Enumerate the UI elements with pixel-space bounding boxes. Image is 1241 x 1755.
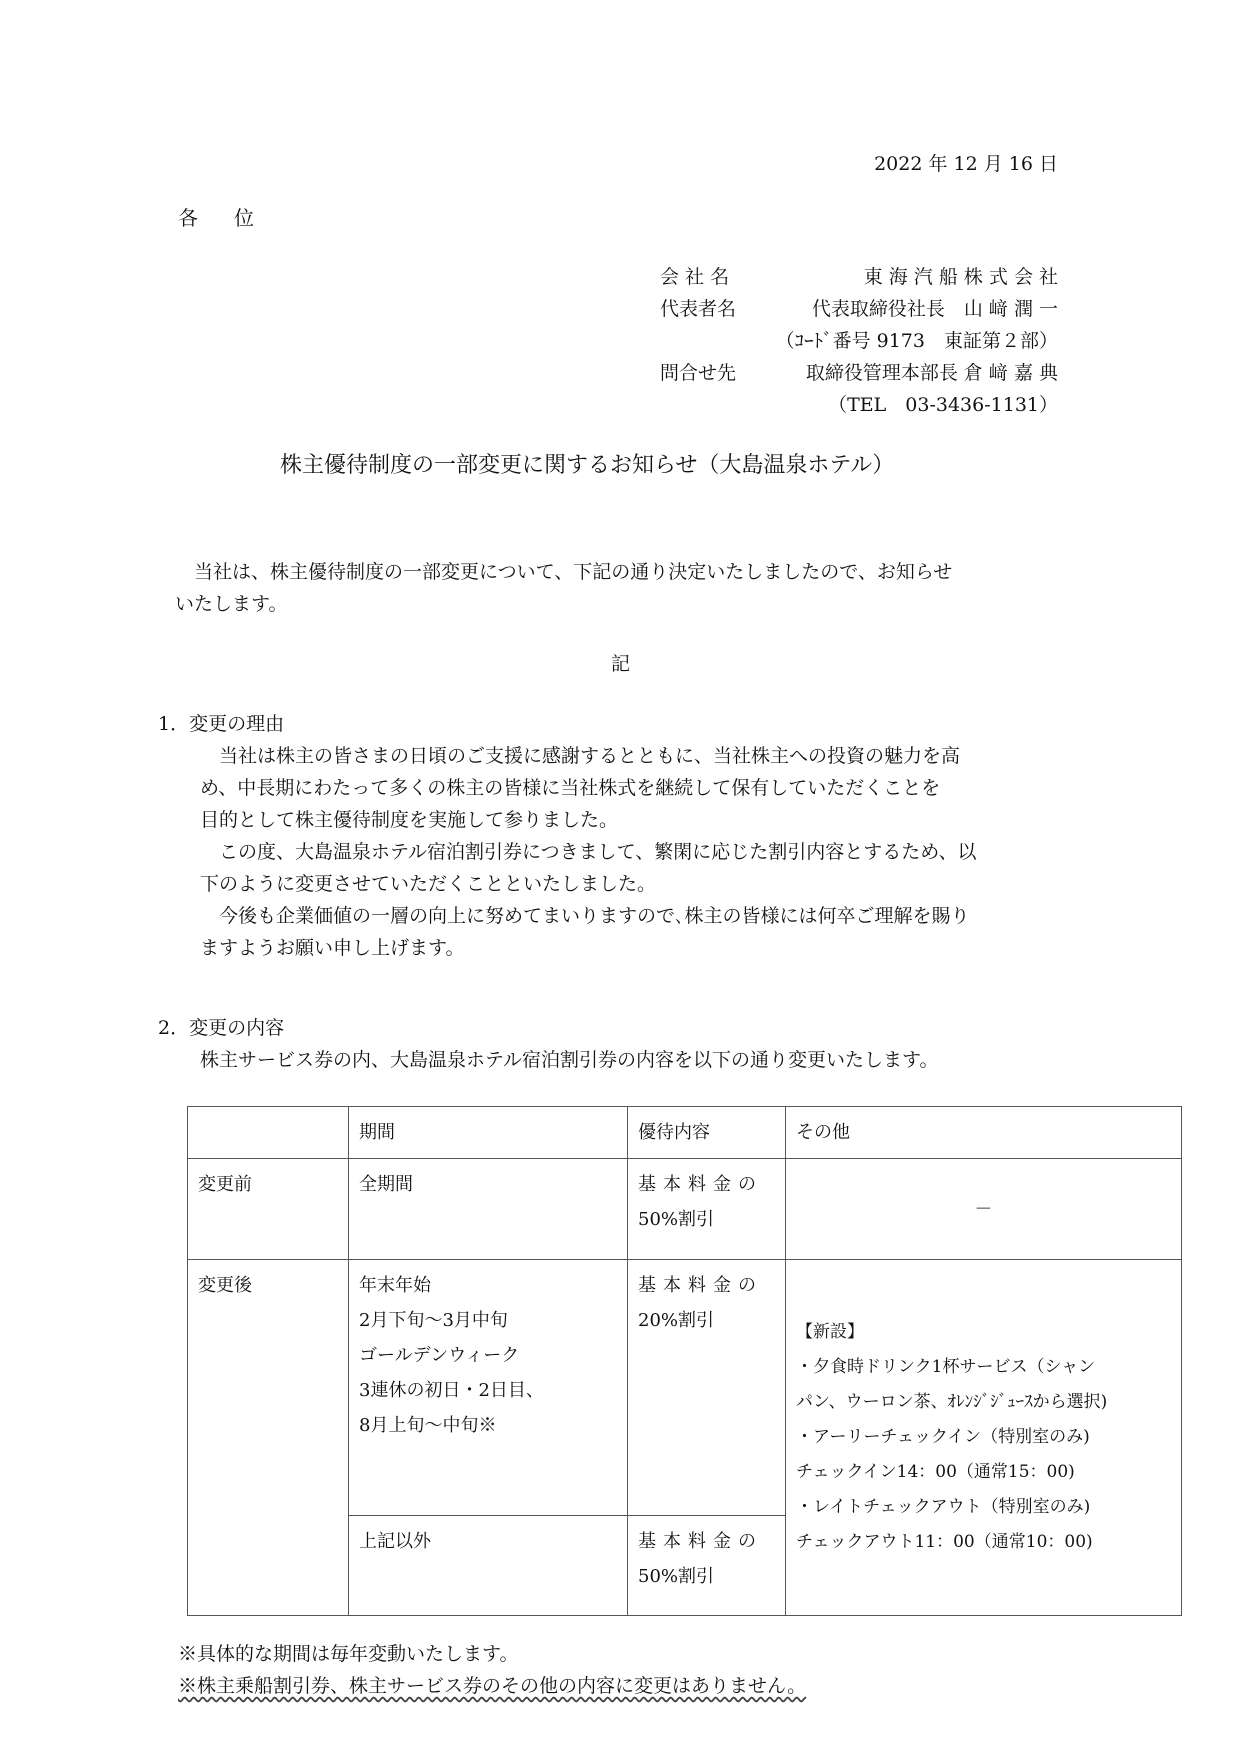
section1-heading: 1．変更の理由 (158, 712, 284, 736)
section1-line: 今後も企業価値の一層の向上に努めてまいりますので､株主の皆様には何卒ご理解を賜り (200, 904, 970, 928)
period-line: 2月下旬～3月中旬 (359, 1303, 617, 1338)
other-line: チェックイン14：00（通常15：00) (796, 1455, 1171, 1490)
period-line: 8月上旬～中旬※ (359, 1408, 617, 1443)
table-row-after-peak: 変更後 年末年始 2月下旬～3月中旬 ゴールデンウィーク 3連休の初日・2日目、… (188, 1260, 1182, 1516)
section1-line: この度、大島温泉ホテル宿泊割引券につきまして、繁閑に応じた割引内容とするため、以 (200, 840, 977, 864)
contact-tel: （TEL 03-3436-1131） (828, 390, 1058, 417)
other-after: 【新設】 ・夕食時ドリンク1杯サービス（シャン パン、ウーロン茶、ｵﾚﾝｼﾞｼﾞ… (786, 1260, 1182, 1616)
benefit-after-peak: 基本料金の 20%割引 (628, 1260, 786, 1516)
document-title: 株主優待制度の一部変更に関するお知らせ（大島温泉ホテル） (280, 448, 894, 479)
other-line: パン、ウーロン茶、ｵﾚﾝｼﾞｼﾞｭｰｽから選択) (796, 1385, 1171, 1420)
benefit-line: 基本料金の (638, 1167, 775, 1202)
row-label-after: 変更後 (188, 1260, 349, 1616)
other-line: ・アーリーチェックイン（特別室のみ) (796, 1420, 1171, 1455)
period-line: ゴールデンウィーク (359, 1338, 617, 1373)
period-after-peak: 年末年始 2月下旬～3月中旬 ゴールデンウィーク 3連休の初日・2日目、 8月上… (349, 1260, 628, 1516)
section2-heading: 2．変更の内容 (158, 1016, 284, 1040)
benefit-line: 50%割引 (638, 1559, 775, 1594)
benefit-change-table: 期間 優待内容 その他 変更前 全期間 基本料金の 50%割引 － 変更後 年末… (187, 1106, 1182, 1616)
other-line: ・レイトチェックアウト（特別室のみ) (796, 1490, 1171, 1525)
other-line: ・夕食時ドリンク1杯サービス（シャン (796, 1350, 1171, 1385)
period-before: 全期間 (349, 1159, 628, 1260)
benefit-line: 基本料金の (638, 1268, 775, 1303)
benefit-line: 基本料金の (638, 1524, 775, 1559)
addressee: 各位 (178, 202, 254, 231)
table-row-before: 変更前 全期間 基本料金の 50%割引 － (188, 1159, 1182, 1260)
footnote: ※具体的な期間は毎年変動いたします。 (178, 1642, 518, 1666)
header-cell-period: 期間 (349, 1107, 628, 1159)
header-cell-benefit: 優待内容 (628, 1107, 786, 1159)
section2-lead: 株主サービス券の内、大島温泉ホテル宿泊割引券の内容を以下の通り変更いたします。 (200, 1048, 939, 1072)
representative-name: 代表取締役社長 山 﨑 潤 一 (812, 294, 1058, 321)
ki-heading: 記 (0, 652, 1241, 676)
benefit-before: 基本料金の 50%割引 (628, 1159, 786, 1260)
table-header-row: 期間 優待内容 その他 (188, 1107, 1182, 1159)
benefit-line: 20%割引 (638, 1303, 775, 1338)
issue-date: 2022 年 12 月 16 日 (874, 149, 1058, 176)
benefit-line: 50%割引 (638, 1202, 775, 1237)
contact-label: 問合せ先 (660, 358, 736, 385)
addressee-char: 位 (234, 206, 254, 230)
section1-line: め、中長期にわたって多くの株主の皆様に当社株式を継続して保有していただくことを (200, 776, 940, 800)
representative-label: 代表者名 (660, 294, 736, 321)
section1-line: 当社は株主の皆さまの日頃のご支援に感謝するとともに、当社株主への投資の魅力を高 (200, 744, 960, 768)
section1-line: 下のように変更させていただくことといたしました。 (200, 872, 656, 896)
contact-name: 取締役管理本部長 倉 﨑 嘉 典 (806, 358, 1058, 385)
other-line: 【新設】 (796, 1315, 1171, 1350)
period-after-other: 上記以外 (349, 1516, 628, 1616)
footnote-underlined: ※株主乗船割引券、株主サービス券のその他の内容に変更はありません。 (178, 1674, 806, 1698)
section1-line: 目的として株主優待制度を実施して参りました。 (200, 808, 618, 832)
row-label-before: 変更前 (188, 1159, 349, 1260)
period-line: 3連休の初日・2日目、 (359, 1373, 617, 1408)
header-cell (188, 1107, 349, 1159)
section1-line: ますようお願い申し上げます。 (200, 936, 464, 960)
stock-code: （ｺｰﾄﾞ番号 9173 東証第２部） (776, 326, 1058, 353)
other-before: － (786, 1159, 1182, 1260)
company-name: 東 海 汽 船 株 式 会 社 (864, 262, 1058, 289)
period-line: 年末年始 (359, 1268, 617, 1303)
company-label: 会 社 名 (660, 262, 729, 289)
intro-line: いたします。 (175, 592, 287, 616)
intro-line: 当社は、株主優待制度の一部変更について、下記の通り決定いたしましたので、お知らせ (175, 560, 952, 584)
other-line: チェックアウト11：00（通常10：00) (796, 1525, 1171, 1560)
header-cell-other: その他 (786, 1107, 1182, 1159)
benefit-after-other: 基本料金の 50%割引 (628, 1516, 786, 1616)
addressee-char: 各 (178, 206, 198, 230)
